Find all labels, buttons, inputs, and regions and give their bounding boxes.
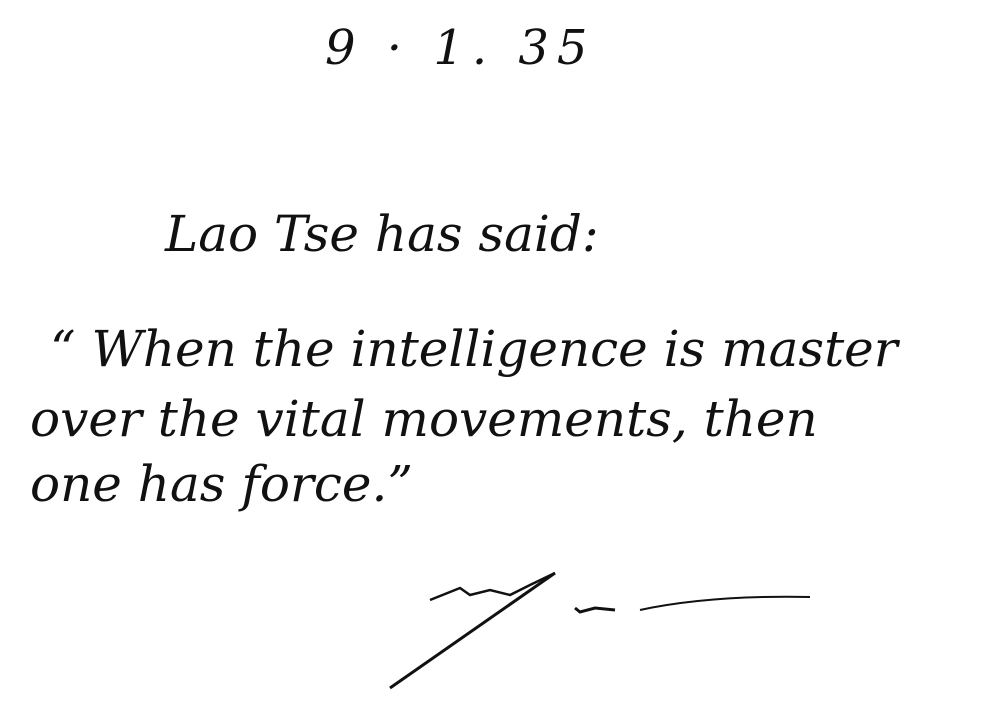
quote-line-3: one has force.” xyxy=(30,455,413,513)
date: 9 · 1. 35 xyxy=(325,20,595,76)
signature xyxy=(380,540,840,700)
quote-line-2: over the vital movements, then xyxy=(30,390,818,448)
intro-line: Lao Tse has said: xyxy=(165,205,599,263)
quote-line-1: “ When the intelligence is master xyxy=(50,320,898,378)
